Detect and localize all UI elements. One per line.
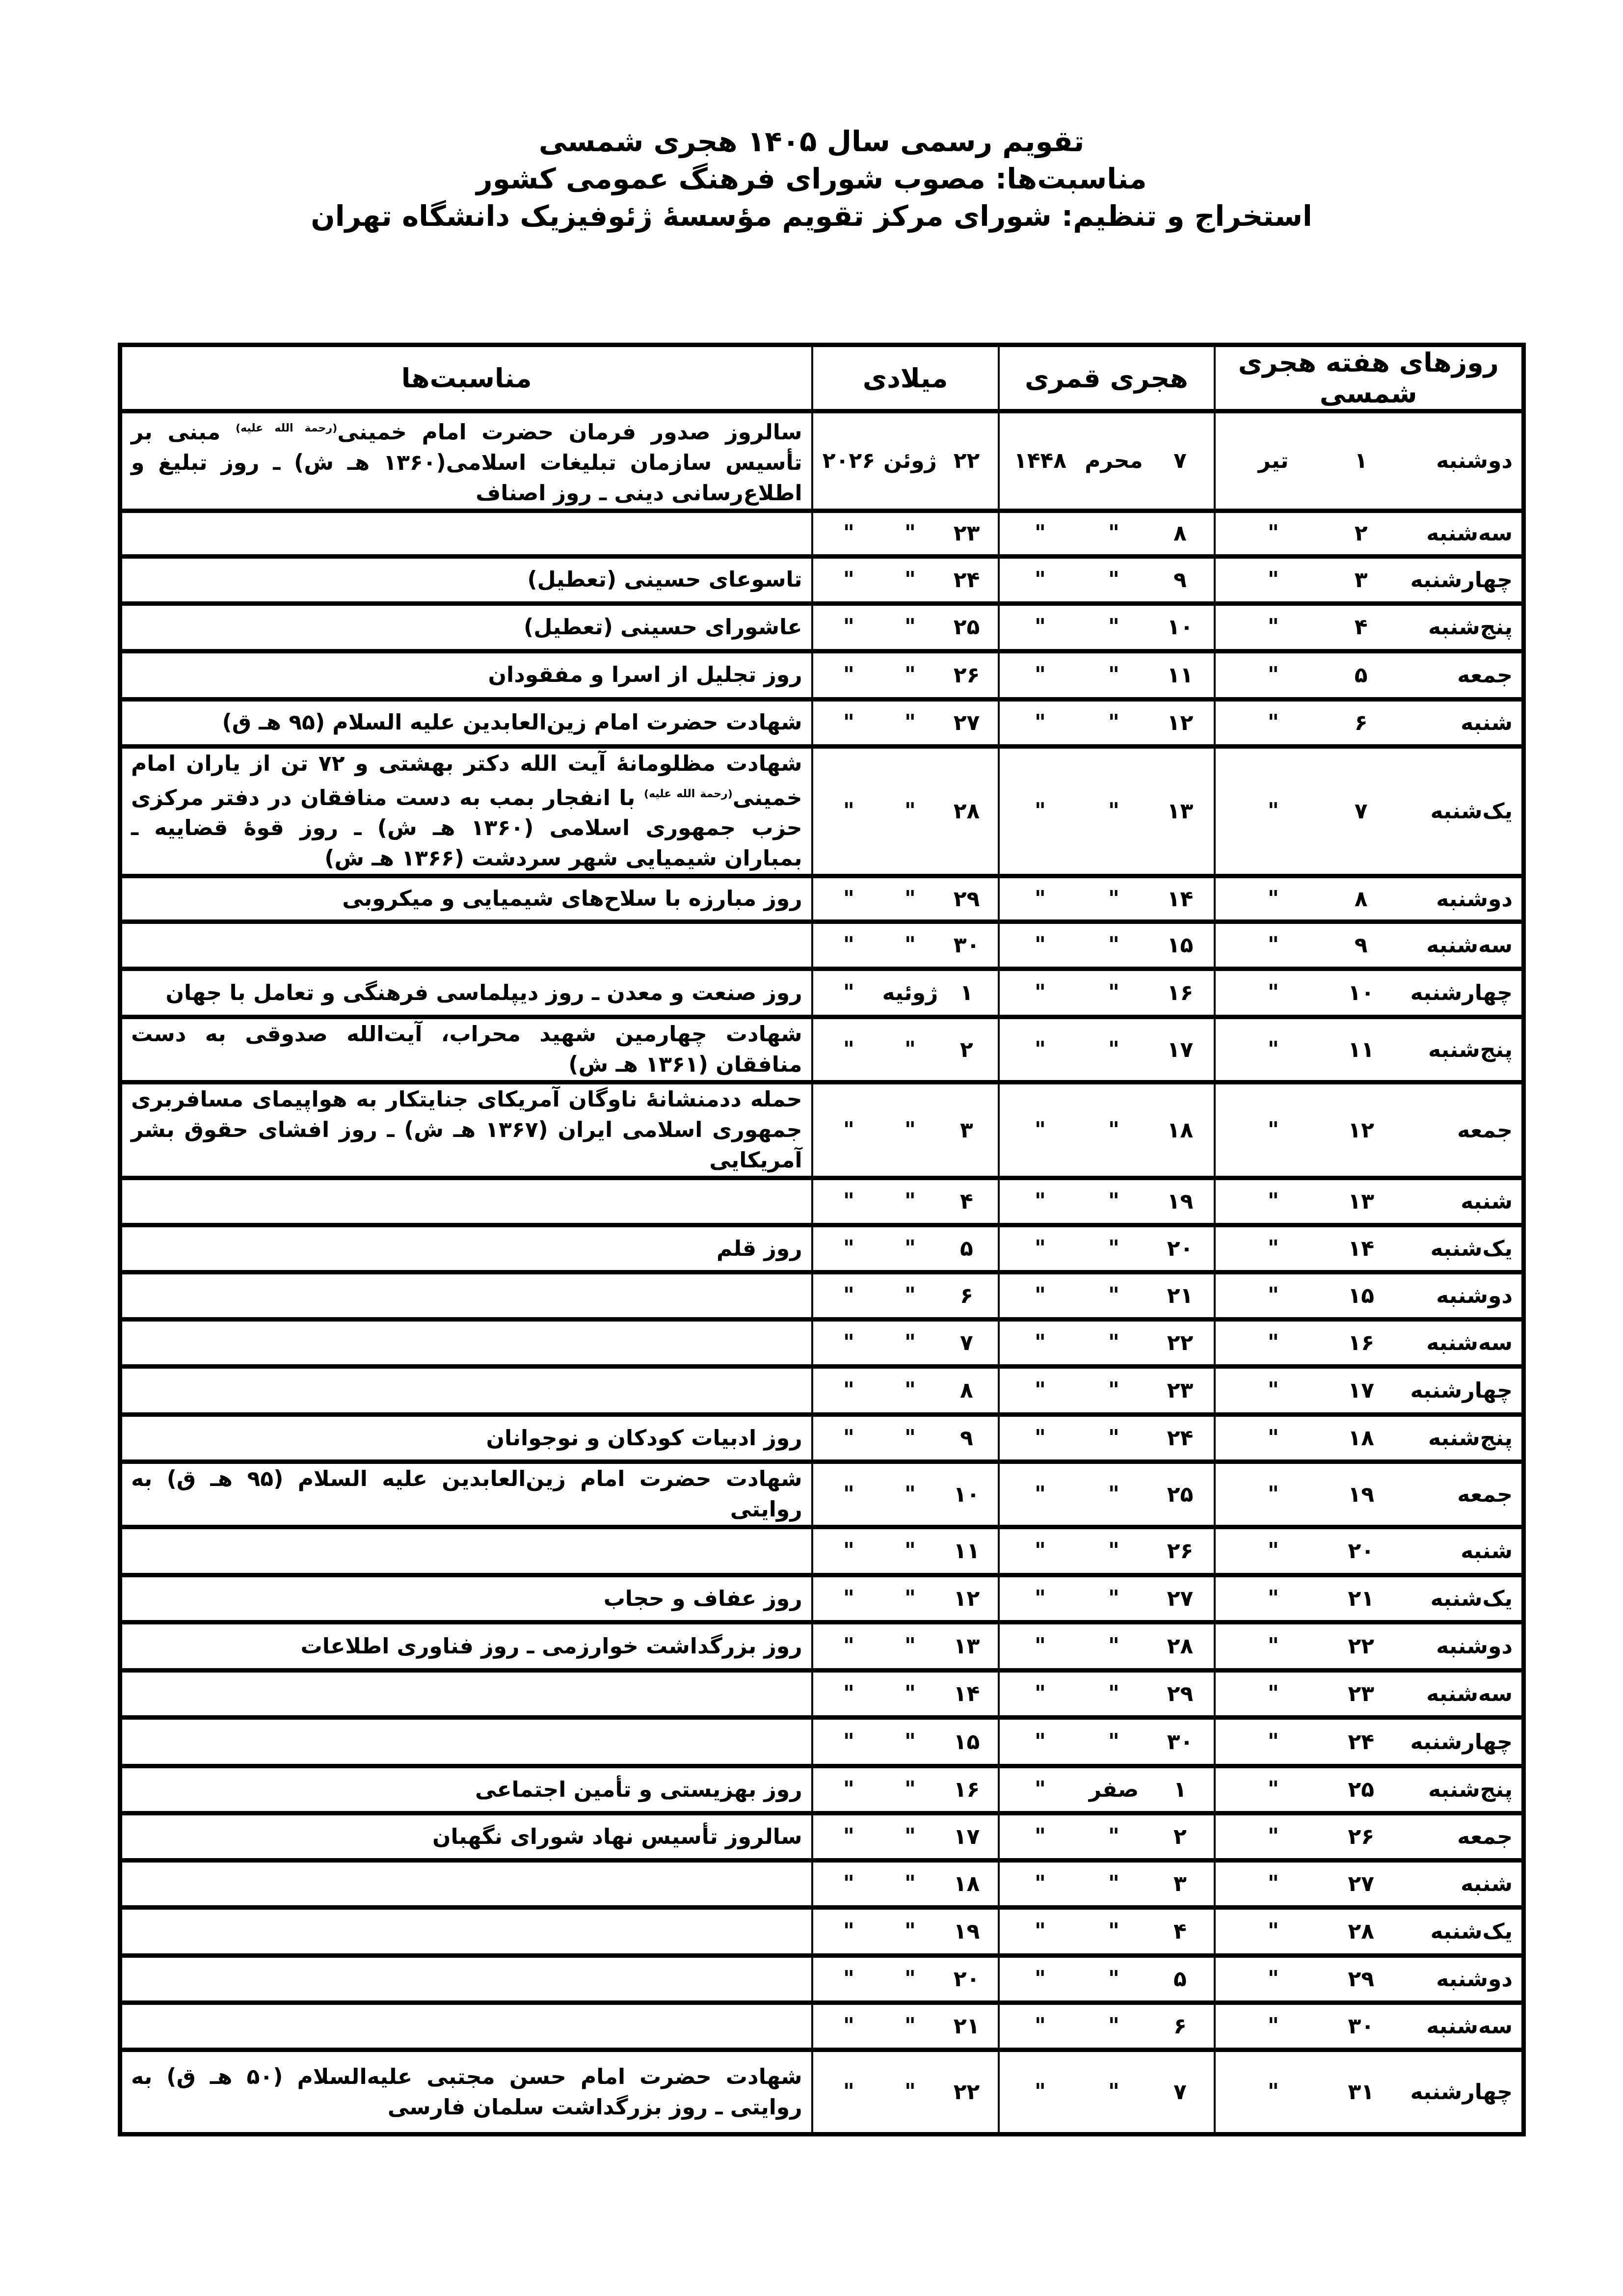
shamsi-month: " xyxy=(1224,710,1323,735)
hijri-qamari-date-cell: ۱۹"" xyxy=(999,1178,1215,1225)
event-cell: روز تجلیل از اسرا و مفقودان xyxy=(120,651,812,699)
table-row: پنج‌شنبه۱۸"۲۴""۹""روز ادبیات کودکان و نو… xyxy=(120,1415,1524,1462)
hq-month: " xyxy=(1077,663,1151,688)
shamsi-date-cell: شنبه۶" xyxy=(1215,699,1524,746)
hq-month: " xyxy=(1077,1967,1151,1992)
g-month: " xyxy=(878,887,942,912)
hq-year: " xyxy=(1009,1729,1072,1755)
weekday: پنج‌شنبه xyxy=(1400,1037,1513,1062)
g-month: " xyxy=(878,1729,942,1755)
hq-year: " xyxy=(1009,933,1072,958)
hijri-qamari-date-cell: ۵"" xyxy=(999,1956,1215,2003)
hq-year: " xyxy=(1009,1586,1072,1611)
shamsi-day: ۲۷ xyxy=(1331,1871,1390,1896)
event-cell: روز مبارزه با سلاح‌های شیمیایی و میکروبی xyxy=(120,876,812,922)
hq-month: " xyxy=(1077,521,1151,546)
hq-day: ۲۴ xyxy=(1156,1426,1205,1451)
hijri-qamari-date-cell: ۷محرم۱۴۴۸ xyxy=(999,411,1215,511)
g-month: " xyxy=(878,663,942,688)
weekday: دوشنبه xyxy=(1400,1283,1513,1308)
hijri-qamari-date-cell: ۱۲"" xyxy=(999,699,1215,746)
shamsi-day: ۴ xyxy=(1331,615,1390,640)
shamsi-date-cell: دوشنبه۱۵" xyxy=(1215,1272,1524,1320)
hq-year: " xyxy=(1009,1330,1072,1355)
g-day: ۲ xyxy=(945,1037,989,1062)
g-year: " xyxy=(822,1236,876,1261)
shamsi-day: ۳ xyxy=(1331,567,1390,593)
event-text: تاسوعای حسینی (تعطیل) xyxy=(527,567,802,592)
hq-day: ۶ xyxy=(1156,2014,1205,2039)
hq-day: ۱۶ xyxy=(1156,980,1205,1005)
hq-month: " xyxy=(1077,1426,1151,1451)
hijri-qamari-date-cell: ۱۸"" xyxy=(999,1082,1215,1178)
weekday: سه‌شنبه xyxy=(1400,521,1513,546)
g-year: " xyxy=(822,1037,876,1062)
gregorian-date-cell: ۳"" xyxy=(812,1082,999,1178)
shamsi-month: " xyxy=(1224,1378,1323,1403)
weekday: یک‌شنبه xyxy=(1400,799,1513,824)
table-body: دوشنبه۱تیر۷محرم۱۴۴۸۲۲ژوئن۲۰۲۶سالروز صدور… xyxy=(120,411,1524,2134)
shamsi-month: " xyxy=(1224,933,1323,958)
column-header-gregorian: میلادی xyxy=(812,345,999,411)
shamsi-month: " xyxy=(1224,1037,1323,1062)
event-text: حمله ددمنشانهٔ ناوگان آمریکای جنایتکار ب… xyxy=(131,1087,802,1173)
column-header-events: مناسبت‌ها xyxy=(120,345,812,411)
shamsi-date-cell: یک‌شنبه۷" xyxy=(1215,746,1524,876)
g-month: " xyxy=(878,1482,942,1507)
table-row: شنبه۱۳"۱۹""۴"" xyxy=(120,1178,1524,1225)
hijri-qamari-date-cell: ۲"" xyxy=(999,1813,1215,1861)
event-cell: روز عفاف و حجاب xyxy=(120,1575,812,1622)
g-day: ۲۲ xyxy=(945,448,989,473)
hq-year: " xyxy=(1009,1967,1072,1992)
table-row: چهارشنبه۳"۹""۲۴""تاسوعای حسینی (تعطیل) xyxy=(120,556,1524,603)
g-month: " xyxy=(878,1118,942,1143)
hq-year: " xyxy=(1009,1871,1072,1896)
event-honorific: (رحمة الله علیه) xyxy=(644,788,733,800)
hq-day: ۲۲ xyxy=(1156,1330,1205,1355)
shamsi-date-cell: شنبه۱۳" xyxy=(1215,1178,1524,1225)
shamsi-date-cell: سه‌شنبه۱۶" xyxy=(1215,1320,1524,1367)
g-day: ۱۳ xyxy=(945,1634,989,1659)
shamsi-day: ۳۱ xyxy=(1331,2080,1390,2105)
table-row: دوشنبه۸"۱۴""۲۹""روز مبارزه با سلاح‌های ش… xyxy=(120,876,1524,922)
event-text: سالروز صدور فرمان حضرت امام خمینی xyxy=(337,420,802,445)
table-row: شنبه۶"۱۲""۲۷""شهادت حضرت امام زین‌العابد… xyxy=(120,699,1524,746)
shamsi-day: ۱ xyxy=(1331,448,1390,473)
hijri-qamari-date-cell: ۲۰"" xyxy=(999,1225,1215,1272)
event-cell: سالروز صدور فرمان حضرت امام خمینی(رحمة ا… xyxy=(120,411,812,511)
event-cell: تاسوعای حسینی (تعطیل) xyxy=(120,556,812,603)
g-day: ۸ xyxy=(945,1378,989,1403)
table-row: چهارشنبه۱۷"۲۳""۸"" xyxy=(120,1367,1524,1415)
shamsi-day: ۲۵ xyxy=(1331,1777,1390,1802)
weekday: دوشنبه xyxy=(1400,448,1513,473)
event-text: شهادت حضرت امام زین‌العابدین علیه السلام… xyxy=(131,1466,802,1522)
hq-year: " xyxy=(1009,2014,1072,2039)
shamsi-month: " xyxy=(1224,521,1323,546)
shamsi-month: " xyxy=(1224,1967,1323,1992)
hq-year: " xyxy=(1009,1824,1072,1849)
hq-year: " xyxy=(1009,1681,1072,1706)
shamsi-day: ۳۰ xyxy=(1331,2014,1390,2039)
event-cell: شهادت حضرت امام زین‌العابدین علیه السلام… xyxy=(120,1462,812,1527)
hq-month: " xyxy=(1077,1729,1151,1755)
shamsi-month: " xyxy=(1224,1729,1323,1755)
table-header-row: روزهای هفته هجری شمسی هجری قمری میلادی م… xyxy=(120,345,1524,411)
weekday: جمعه xyxy=(1400,1482,1513,1507)
hijri-qamari-date-cell: ۹"" xyxy=(999,556,1215,603)
event-cell xyxy=(120,1367,812,1415)
g-month: " xyxy=(878,1037,942,1062)
shamsi-date-cell: پنج‌شنبه۲۵" xyxy=(1215,1766,1524,1813)
column-header-hijri-qamari: هجری قمری xyxy=(999,345,1215,411)
hijri-qamari-date-cell: ۱۳"" xyxy=(999,746,1215,876)
shamsi-date-cell: شنبه۲۷" xyxy=(1215,1861,1524,1908)
hq-year: " xyxy=(1009,1426,1072,1451)
g-month: " xyxy=(878,1236,942,1261)
shamsi-day: ۲۰ xyxy=(1331,1539,1390,1564)
hq-day: ۱۴ xyxy=(1156,887,1205,912)
page-source: استخراج و تنظیم: شورای مرکز تقویم مؤسسهٔ… xyxy=(0,197,1623,235)
shamsi-day: ۱۸ xyxy=(1331,1426,1390,1451)
hq-year: " xyxy=(1009,521,1072,546)
hq-month: " xyxy=(1077,1118,1151,1143)
table-row: سه‌شنبه۱۶"۲۲""۷"" xyxy=(120,1320,1524,1367)
shamsi-date-cell: چهارشنبه۱۰" xyxy=(1215,969,1524,1017)
weekday: چهارشنبه xyxy=(1400,567,1513,593)
hq-year: " xyxy=(1009,1378,1072,1403)
shamsi-day: ۲۸ xyxy=(1331,1919,1390,1944)
weekday: شنبه xyxy=(1400,710,1513,735)
hijri-qamari-date-cell: ۴"" xyxy=(999,1908,1215,1956)
hq-month: " xyxy=(1077,1482,1151,1507)
g-month: " xyxy=(878,1824,942,1849)
table-row: جمعه۱۲"۱۸""۳""حمله ددمنشانهٔ ناوگان آمری… xyxy=(120,1082,1524,1178)
hijri-qamari-date-cell: ۲۳"" xyxy=(999,1367,1215,1415)
gregorian-date-cell: ۱۸"" xyxy=(812,1861,999,1908)
calendar-table: روزهای هفته هجری شمسی هجری قمری میلادی م… xyxy=(118,343,1526,2136)
hq-month: " xyxy=(1077,2014,1151,2039)
g-month: " xyxy=(878,1426,942,1451)
g-month: " xyxy=(878,1378,942,1403)
hq-month: " xyxy=(1077,1681,1151,1706)
g-day: ۳۰ xyxy=(945,933,989,958)
shamsi-date-cell: سه‌شنبه۲" xyxy=(1215,511,1524,556)
table-row: پنج‌شنبه۱۱"۱۷""۲""شهادت چهارمین شهید محر… xyxy=(120,1017,1524,1082)
event-cell: روز ادبیات کودکان و نوجوانان xyxy=(120,1415,812,1462)
shamsi-month: " xyxy=(1224,1586,1323,1611)
hq-day: ۲۷ xyxy=(1156,1586,1205,1611)
event-cell: روز قلم xyxy=(120,1225,812,1272)
g-day: ۱۶ xyxy=(945,1777,989,1802)
shamsi-month: " xyxy=(1224,1426,1323,1451)
weekday: جمعه xyxy=(1400,663,1513,688)
g-year: " xyxy=(822,2014,876,2039)
event-text: روز بهزیستی و تأمین اجتماعی xyxy=(475,1777,802,1802)
g-year: " xyxy=(822,1539,876,1564)
g-year: " xyxy=(822,521,876,546)
weekday: جمعه xyxy=(1400,1824,1513,1849)
shamsi-date-cell: سه‌شنبه۳۰" xyxy=(1215,2003,1524,2050)
hq-day: ۷ xyxy=(1156,2080,1205,2105)
hijri-qamari-date-cell: ۲۴"" xyxy=(999,1415,1215,1462)
gregorian-date-cell: ۲"" xyxy=(812,1017,999,1082)
gregorian-date-cell: ۲۰"" xyxy=(812,1956,999,2003)
gregorian-date-cell: ۱۲"" xyxy=(812,1575,999,1622)
hq-day: ۲۳ xyxy=(1156,1378,1205,1403)
gregorian-date-cell: ۲۳"" xyxy=(812,511,999,556)
shamsi-date-cell: شنبه۲۰" xyxy=(1215,1527,1524,1575)
table-row: چهارشنبه۲۴"۳۰""۱۵"" xyxy=(120,1718,1524,1766)
hq-day: ۲۵ xyxy=(1156,1482,1205,1507)
hijri-qamari-date-cell: ۲۹"" xyxy=(999,1671,1215,1718)
hq-year: " xyxy=(1009,1634,1072,1659)
shamsi-day: ۶ xyxy=(1331,710,1390,735)
hq-day: ۳۰ xyxy=(1156,1729,1205,1755)
hq-day: ۹ xyxy=(1156,567,1205,593)
shamsi-day: ۵ xyxy=(1331,663,1390,688)
g-month: " xyxy=(878,1283,942,1308)
shamsi-date-cell: دوشنبه۲۹" xyxy=(1215,1956,1524,2003)
weekday: چهارشنبه xyxy=(1400,980,1513,1005)
hq-month: " xyxy=(1077,799,1151,824)
shamsi-day: ۱۰ xyxy=(1331,980,1390,1005)
hq-month: " xyxy=(1077,1189,1151,1214)
hq-year: " xyxy=(1009,887,1072,912)
shamsi-day: ۲۳ xyxy=(1331,1681,1390,1706)
hq-month: " xyxy=(1077,615,1151,640)
g-year: " xyxy=(822,799,876,824)
table-row: یک‌شنبه۱۴"۲۰""۵""روز قلم xyxy=(120,1225,1524,1272)
shamsi-day: ۲۴ xyxy=(1331,1729,1390,1755)
g-day: ۵ xyxy=(945,1236,989,1261)
event-cell xyxy=(120,1718,812,1766)
hq-day: ۲ xyxy=(1156,1824,1205,1849)
g-year: " xyxy=(822,1482,876,1507)
hq-month: " xyxy=(1077,1378,1151,1403)
shamsi-date-cell: پنج‌شنبه۴" xyxy=(1215,603,1524,651)
weekday: یک‌شنبه xyxy=(1400,1586,1513,1611)
shamsi-month: " xyxy=(1224,663,1323,688)
hq-month: " xyxy=(1077,1236,1151,1261)
shamsi-date-cell: دوشنبه۲۲" xyxy=(1215,1622,1524,1671)
gregorian-date-cell: ۱ژوئیه" xyxy=(812,969,999,1017)
g-month: " xyxy=(878,1871,942,1896)
table-row: دوشنبه۱تیر۷محرم۱۴۴۸۲۲ژوئن۲۰۲۶سالروز صدور… xyxy=(120,411,1524,511)
hq-day: ۷ xyxy=(1156,448,1205,473)
event-cell xyxy=(120,1956,812,2003)
page-title: تقویم رسمی سال ۱۴۰۵ هجری شمسی xyxy=(0,123,1623,160)
hq-year: " xyxy=(1009,1283,1072,1308)
hq-day: ۵ xyxy=(1156,1967,1205,1992)
table-row: سه‌شنبه۳۰"۶""۲۱"" xyxy=(120,2003,1524,2050)
g-year: " xyxy=(822,933,876,958)
shamsi-date-cell: چهارشنبه۳" xyxy=(1215,556,1524,603)
shamsi-day: ۲۱ xyxy=(1331,1586,1390,1611)
weekday: چهارشنبه xyxy=(1400,1729,1513,1755)
event-text: روز ادبیات کودکان و نوجوانان xyxy=(486,1426,802,1451)
weekday: شنبه xyxy=(1400,1871,1513,1896)
hq-day: ۲۸ xyxy=(1156,1634,1205,1659)
event-cell xyxy=(120,1908,812,1956)
shamsi-month: " xyxy=(1224,1634,1323,1659)
g-month: " xyxy=(878,521,942,546)
g-year: " xyxy=(822,1634,876,1659)
event-text: روز مبارزه با سلاح‌های شیمیایی و میکروبی xyxy=(342,886,802,911)
table-row: دوشنبه۲۹"۵""۲۰"" xyxy=(120,1956,1524,2003)
hq-month: " xyxy=(1077,1539,1151,1564)
gregorian-date-cell: ۱۶"" xyxy=(812,1766,999,1813)
weekday: پنج‌شنبه xyxy=(1400,1426,1513,1451)
hq-day: ۱۷ xyxy=(1156,1037,1205,1062)
event-cell: شهادت حضرت امام زین‌العابدین علیه السلام… xyxy=(120,699,812,746)
hq-month: " xyxy=(1077,887,1151,912)
event-text: روز قلم xyxy=(717,1236,802,1261)
hq-day: ۱۱ xyxy=(1156,663,1205,688)
shamsi-date-cell: چهارشنبه۱۷" xyxy=(1215,1367,1524,1415)
shamsi-date-cell: سه‌شنبه۹" xyxy=(1215,922,1524,969)
shamsi-date-cell: جمعه۵" xyxy=(1215,651,1524,699)
hijri-qamari-date-cell: ۳۰"" xyxy=(999,1718,1215,1766)
gregorian-date-cell: ۱۳"" xyxy=(812,1622,999,1671)
hijri-qamari-date-cell: ۲۷"" xyxy=(999,1575,1215,1622)
shamsi-day: ۷ xyxy=(1331,799,1390,824)
gregorian-date-cell: ۲۸"" xyxy=(812,746,999,876)
hq-year: " xyxy=(1009,980,1072,1005)
gregorian-date-cell: ۷"" xyxy=(812,1320,999,1367)
table-row: دوشنبه۲۲"۲۸""۱۳""روز بزرگداشت خوارزمی ـ … xyxy=(120,1622,1524,1671)
g-year: " xyxy=(822,710,876,735)
g-month: " xyxy=(878,799,942,824)
g-day: ۱۵ xyxy=(945,1729,989,1755)
table-row: چهارشنبه۳۱"۷""۲۲""شهادت حضرت امام حسن مج… xyxy=(120,2050,1524,2134)
g-month: " xyxy=(878,2014,942,2039)
event-cell: شهادت چهارمین شهید محراب، آیت‌الله صدوقی… xyxy=(120,1017,812,1082)
g-month: " xyxy=(878,1919,942,1944)
hq-day: ۲۹ xyxy=(1156,1681,1205,1706)
gregorian-date-cell: ۱۰"" xyxy=(812,1462,999,1527)
shamsi-month: " xyxy=(1224,1330,1323,1355)
hq-year: " xyxy=(1009,1236,1072,1261)
g-day: ۹ xyxy=(945,1426,989,1451)
weekday: یک‌شنبه xyxy=(1400,1236,1513,1261)
g-month: " xyxy=(878,567,942,593)
event-cell xyxy=(120,1671,812,1718)
gregorian-date-cell: ۲۶"" xyxy=(812,651,999,699)
shamsi-month: " xyxy=(1224,887,1323,912)
event-text: روز تجلیل از اسرا و مفقودان xyxy=(488,662,802,687)
hijri-qamari-date-cell: ۶"" xyxy=(999,2003,1215,2050)
event-cell xyxy=(120,922,812,969)
hq-year: " xyxy=(1009,710,1072,735)
g-day: ۲۷ xyxy=(945,710,989,735)
shamsi-day: ۲۲ xyxy=(1331,1634,1390,1659)
shamsi-day: ۱۴ xyxy=(1331,1236,1390,1261)
shamsi-month: " xyxy=(1224,2080,1323,2105)
hq-month: " xyxy=(1077,1919,1151,1944)
document-header: تقویم رسمی سال ۱۴۰۵ هجری شمسی مناسبت‌ها:… xyxy=(0,123,1623,235)
hq-month: محرم xyxy=(1077,448,1151,473)
table-row: سه‌شنبه۲"۸""۲۳"" xyxy=(120,511,1524,556)
table-row: پنج‌شنبه۲۵"۱صفر"۱۶""روز بهزیستی و تأمین … xyxy=(120,1766,1524,1813)
g-day: ۱۹ xyxy=(945,1919,989,1944)
event-cell: شهادت حضرت امام حسن مجتبی علیه‌السلام (۵… xyxy=(120,2050,812,2134)
hq-year: " xyxy=(1009,1482,1072,1507)
hq-day: ۱۹ xyxy=(1156,1189,1205,1214)
hq-year: " xyxy=(1009,567,1072,593)
weekday: دوشنبه xyxy=(1400,887,1513,912)
g-year: " xyxy=(822,1378,876,1403)
shamsi-date-cell: یک‌شنبه۲۱" xyxy=(1215,1575,1524,1622)
shamsi-month: " xyxy=(1224,1118,1323,1143)
table-row: یک‌شنبه۲۸"۴""۱۹"" xyxy=(120,1908,1524,1956)
gregorian-date-cell: ۲۹"" xyxy=(812,876,999,922)
hq-year: ۱۴۴۸ xyxy=(1009,448,1072,473)
g-month: " xyxy=(878,1586,942,1611)
g-year: " xyxy=(822,887,876,912)
gregorian-date-cell: ۲۱"" xyxy=(812,2003,999,2050)
shamsi-month: " xyxy=(1224,567,1323,593)
g-year: " xyxy=(822,1586,876,1611)
hq-month: " xyxy=(1077,1634,1151,1659)
hq-day: ۳ xyxy=(1156,1871,1205,1896)
hq-year: " xyxy=(1009,1777,1072,1802)
hq-day: ۱۵ xyxy=(1156,933,1205,958)
event-cell xyxy=(120,1272,812,1320)
weekday: سه‌شنبه xyxy=(1400,2014,1513,2039)
table-row: چهارشنبه۱۰"۱۶""۱ژوئیه"روز صنعت و معدن ـ … xyxy=(120,969,1524,1017)
shamsi-month: " xyxy=(1224,980,1323,1005)
hq-month: " xyxy=(1077,1283,1151,1308)
shamsi-date-cell: جمعه۱۲" xyxy=(1215,1082,1524,1178)
g-year: " xyxy=(822,1871,876,1896)
event-text: شهادت حضرت امام حسن مجتبی علیه‌السلام (۵… xyxy=(131,2064,802,2120)
gregorian-date-cell: ۸"" xyxy=(812,1367,999,1415)
hq-month: " xyxy=(1077,710,1151,735)
event-cell: روز صنعت و معدن ـ روز دیپلماسی فرهنگی و … xyxy=(120,969,812,1017)
hq-year: " xyxy=(1009,799,1072,824)
g-day: ۷ xyxy=(945,1330,989,1355)
weekday: شنبه xyxy=(1400,1189,1513,1214)
gregorian-date-cell: ۲۲"" xyxy=(812,2050,999,2134)
g-month: " xyxy=(878,2080,942,2105)
event-cell: سالروز تأسیس نهاد شورای نگهبان xyxy=(120,1813,812,1861)
shamsi-date-cell: جمعه۲۶" xyxy=(1215,1813,1524,1861)
shamsi-date-cell: یک‌شنبه۱۴" xyxy=(1215,1225,1524,1272)
hijri-qamari-date-cell: ۱۱"" xyxy=(999,651,1215,699)
event-cell xyxy=(120,1527,812,1575)
g-day: ۲۶ xyxy=(945,663,989,688)
event-honorific: (رحمة الله علیه) xyxy=(236,422,337,434)
weekday: یک‌شنبه xyxy=(1400,1919,1513,1944)
shamsi-month: " xyxy=(1224,615,1323,640)
table-row: جمعه۲۶"۲""۱۷""سالروز تأسیس نهاد شورای نگ… xyxy=(120,1813,1524,1861)
event-cell: عاشورای حسینی (تعطیل) xyxy=(120,603,812,651)
shamsi-month: " xyxy=(1224,1539,1323,1564)
weekday: سه‌شنبه xyxy=(1400,933,1513,958)
hq-day: ۱۲ xyxy=(1156,710,1205,735)
weekday: پنج‌شنبه xyxy=(1400,1777,1513,1802)
event-cell xyxy=(120,1320,812,1367)
shamsi-month: " xyxy=(1224,2014,1323,2039)
table-row: پنج‌شنبه۴"۱۰""۲۵""عاشورای حسینی (تعطیل) xyxy=(120,603,1524,651)
g-year: " xyxy=(822,1967,876,1992)
g-day: ۲۰ xyxy=(945,1967,989,1992)
g-year: " xyxy=(822,1777,876,1802)
gregorian-date-cell: ۲۷"" xyxy=(812,699,999,746)
hq-month: " xyxy=(1077,933,1151,958)
